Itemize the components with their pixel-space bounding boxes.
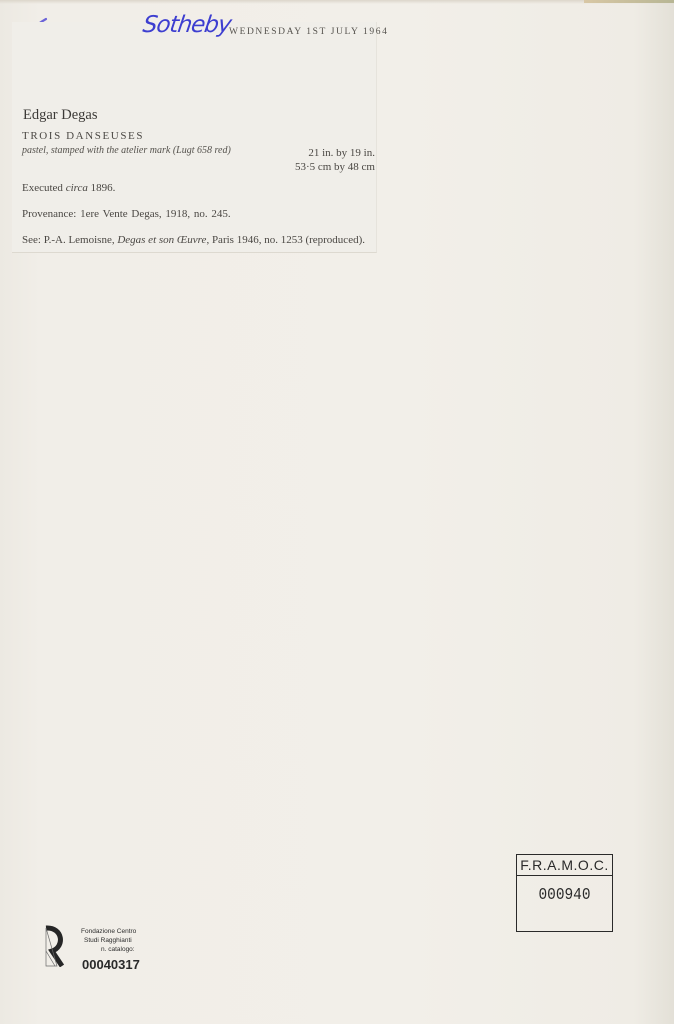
artwork-title: TROIS DANSEUSES	[22, 130, 144, 142]
ragghianti-r-logo-icon	[43, 925, 67, 967]
reference-book-title: Degas et son Œuvre	[117, 234, 206, 246]
artist-name: Edgar Degas	[23, 107, 97, 124]
handwritten-auction-house: Sotheby	[141, 12, 232, 38]
sale-date: WEDNESDAY 1ST JULY 1964	[229, 27, 388, 37]
dimensions-inches: 21 in. by 19 in.	[308, 147, 375, 159]
artwork-medium: pastel, stamped with the atelier mark (L…	[22, 145, 231, 156]
reference-prefix: See: P.-A. Lemoisne,	[22, 234, 117, 246]
catalog-number: 00040317	[82, 957, 140, 972]
institution-name-line1: Fondazione Centro	[81, 928, 136, 935]
catalog-label: n. catalogo:	[101, 946, 135, 953]
stamp-number: 000940	[524, 886, 605, 905]
card-top-edge	[0, 0, 674, 4]
card-corner-tab	[584, 0, 674, 3]
archive-card: Sotheby WEDNESDAY 1ST JULY 1964 Edgar De…	[0, 0, 674, 1024]
execution-prefix: Executed	[22, 182, 66, 194]
dimensions-cm: 53·5 cm by 48 cm	[295, 161, 375, 173]
execution-date: Executed circa 1896.	[22, 182, 115, 194]
reference-suffix: , Paris 1946, no. 1253 (reproduced).	[206, 234, 365, 246]
execution-year: 1896.	[88, 182, 116, 194]
institution-name-line2: Studi Ragghianti	[84, 937, 132, 944]
literature-reference: See: P.-A. Lemoisne, Degas et son Œuvre,…	[22, 234, 365, 246]
stamp-label: F.R.A.M.O.C.	[517, 855, 612, 876]
provenance: Provenance: 1ere Vente Degas, 1918, no. …	[22, 208, 231, 220]
execution-circa: circa	[66, 182, 88, 194]
framoc-stamp: F.R.A.M.O.C. 000940	[516, 854, 613, 932]
